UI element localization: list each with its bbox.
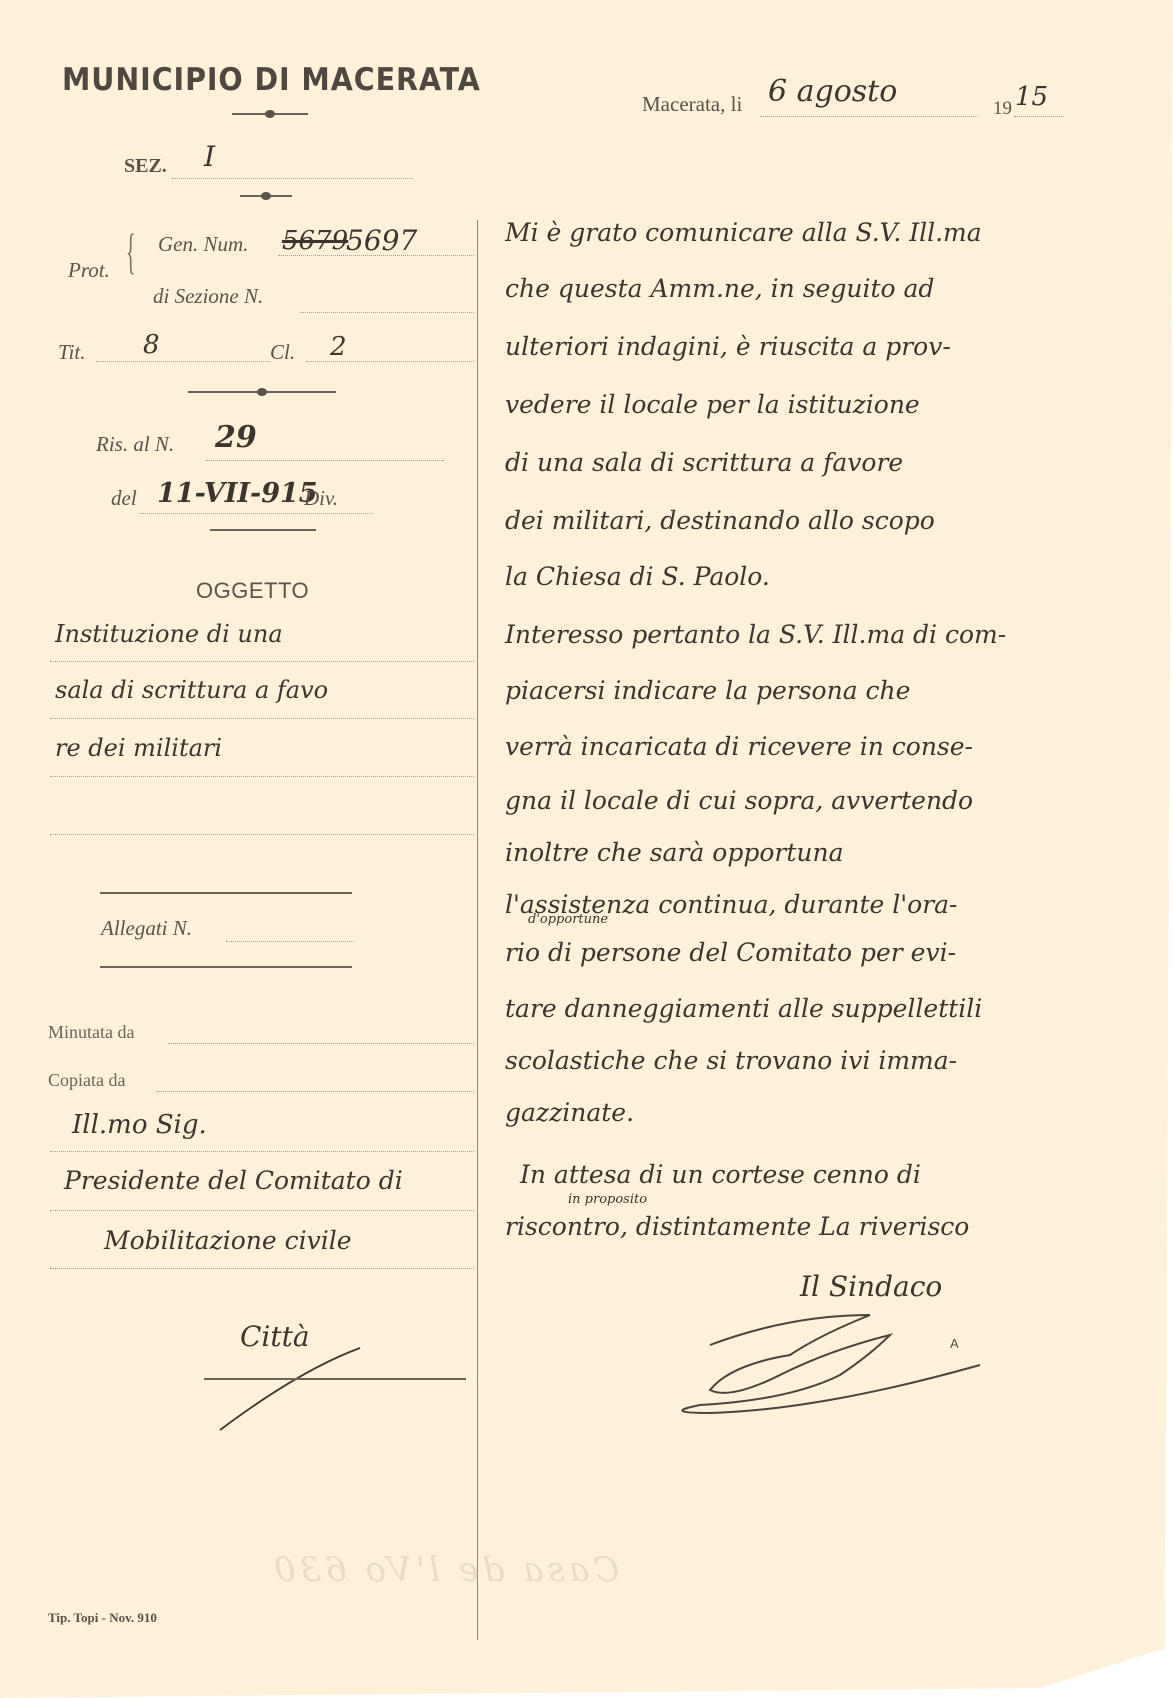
body-line: rio di persone del Comitato per evi- xyxy=(505,938,956,967)
ornament-divider xyxy=(232,113,308,115)
signature-scrawl-icon xyxy=(670,1305,1010,1415)
cl-label: Cl. xyxy=(270,340,295,365)
allegati-label: Allegati N. xyxy=(101,916,192,941)
body-line: vedere il locale per la istituzione xyxy=(505,390,920,419)
body-line: la Chiesa di S. Paolo. xyxy=(505,562,770,591)
addressee-dotted-line xyxy=(50,1210,474,1211)
cl-value: 2 xyxy=(330,332,347,362)
subject-line: re dei militari xyxy=(55,734,222,762)
subject-dotted-line xyxy=(50,661,474,662)
divider-rule xyxy=(100,966,352,968)
body-line: Interesso pertanto la S.V. Ill.ma di com… xyxy=(505,620,1006,649)
addressee-line: Ill.mo Sig. xyxy=(72,1110,207,1140)
brace-icon: { xyxy=(126,222,136,280)
body-line: piacersi indicare la persona che xyxy=(505,676,910,705)
signature-title: Il Sindaco xyxy=(800,1270,942,1303)
body-insertion: in proposito xyxy=(568,1192,647,1207)
tit-dotted-line xyxy=(96,361,270,362)
div-label: Div. xyxy=(304,486,338,511)
gen-num-label: Gen. Num. xyxy=(158,232,248,257)
body-line: dei militari, destinando allo scopo xyxy=(505,506,935,535)
city-underline xyxy=(204,1378,466,1380)
body-insertion: d'opportune xyxy=(528,912,608,927)
year-dotted-line xyxy=(1014,116,1064,117)
del-label: del xyxy=(111,486,137,511)
body-line: scolastiche che si trovano ivi imma- xyxy=(505,1046,957,1075)
allegati-dotted-line xyxy=(226,941,354,942)
addressee-dotted-line xyxy=(50,1151,474,1152)
body-line: gna il locale di cui sopra, avvertendo xyxy=(505,786,973,815)
copiata-label: Copiata da xyxy=(48,1070,125,1091)
column-divider xyxy=(477,220,478,1640)
subject-heading: OGGETTO xyxy=(196,578,309,604)
addressee-line: Presidente del Comitato di xyxy=(64,1166,403,1195)
sezione-label: di Sezione N. xyxy=(153,284,263,309)
copiata-dotted-line xyxy=(156,1091,474,1092)
section-dotted-line xyxy=(172,178,412,179)
subject-dotted-line xyxy=(50,718,474,719)
del-dotted-line xyxy=(140,513,372,514)
minutata-dotted-line xyxy=(168,1043,474,1044)
year-prefix: 19 xyxy=(993,98,1012,120)
addressee-line: Mobilitazione civile xyxy=(104,1226,352,1255)
signature-mark: A xyxy=(950,1336,959,1351)
gen-num-struck: 5679 xyxy=(282,226,348,256)
bleed-through-text: Casa de l'Vo 630 xyxy=(270,1550,619,1590)
body-line: ulteriori indagini, è riuscita a prov- xyxy=(505,332,951,361)
subject-line: sala di scrittura a favo xyxy=(55,676,328,704)
ris-value: 29 xyxy=(215,420,257,455)
subject-line: Instituzione di una xyxy=(55,620,283,648)
body-line: In attesa di un cortese cenno di xyxy=(520,1160,921,1189)
addressee-dotted-line xyxy=(50,1268,474,1269)
ris-label: Ris. al N. xyxy=(96,432,174,457)
section-value: I xyxy=(204,140,215,173)
body-line: verrà incaricata di ricevere in conse- xyxy=(505,732,973,761)
printer-note: Tip. Topi - Nov. 910 xyxy=(48,1610,157,1626)
tit-value: 8 xyxy=(143,330,160,360)
city-flourish-icon xyxy=(210,1330,410,1440)
del-value: 11-VII-915 xyxy=(157,478,318,509)
body-line: inoltre che sarà opportuna xyxy=(505,838,843,867)
body-line: Mi è grato comunicare alla S.V. Ill.ma xyxy=(505,218,982,247)
body-line: che questa Amm.ne, in seguito ad xyxy=(505,274,934,303)
gen-num-dotted-line xyxy=(278,255,474,256)
body-line: di una sala di scrittura a favore xyxy=(505,448,903,477)
ris-dotted-line xyxy=(206,460,444,461)
year-suffix: 15 xyxy=(1015,82,1048,112)
body-line: gazzinate. xyxy=(505,1098,634,1127)
document-page: MUNICIPIO DI MACERATA SEZ. I Macerata, l… xyxy=(0,0,1173,1698)
sezione-dotted-line xyxy=(300,312,474,313)
body-line: tare danneggiamenti alle suppellettili xyxy=(505,994,982,1023)
letterhead-title: MUNICIPIO DI MACERATA xyxy=(62,62,481,98)
date-dotted-line xyxy=(760,116,978,117)
tit-label: Tit. xyxy=(58,340,85,365)
prot-label: Prot. xyxy=(68,258,110,283)
subject-dotted-line xyxy=(50,776,474,777)
gen-num-value: 5697 xyxy=(346,224,417,257)
ornament-divider xyxy=(188,391,336,393)
date-place-label: Macerata, li xyxy=(642,92,742,117)
body-line: riscontro, distintamente La riverisco xyxy=(505,1212,969,1241)
minutata-label: Minutata da xyxy=(48,1022,134,1043)
date-value: 6 agosto xyxy=(768,74,897,109)
subject-dotted-line xyxy=(50,834,474,835)
ornament-divider xyxy=(240,195,292,197)
cl-dotted-line xyxy=(306,361,474,362)
divider-rule xyxy=(100,892,352,894)
divider-rule xyxy=(210,529,316,531)
section-label: SEZ. xyxy=(124,155,167,178)
